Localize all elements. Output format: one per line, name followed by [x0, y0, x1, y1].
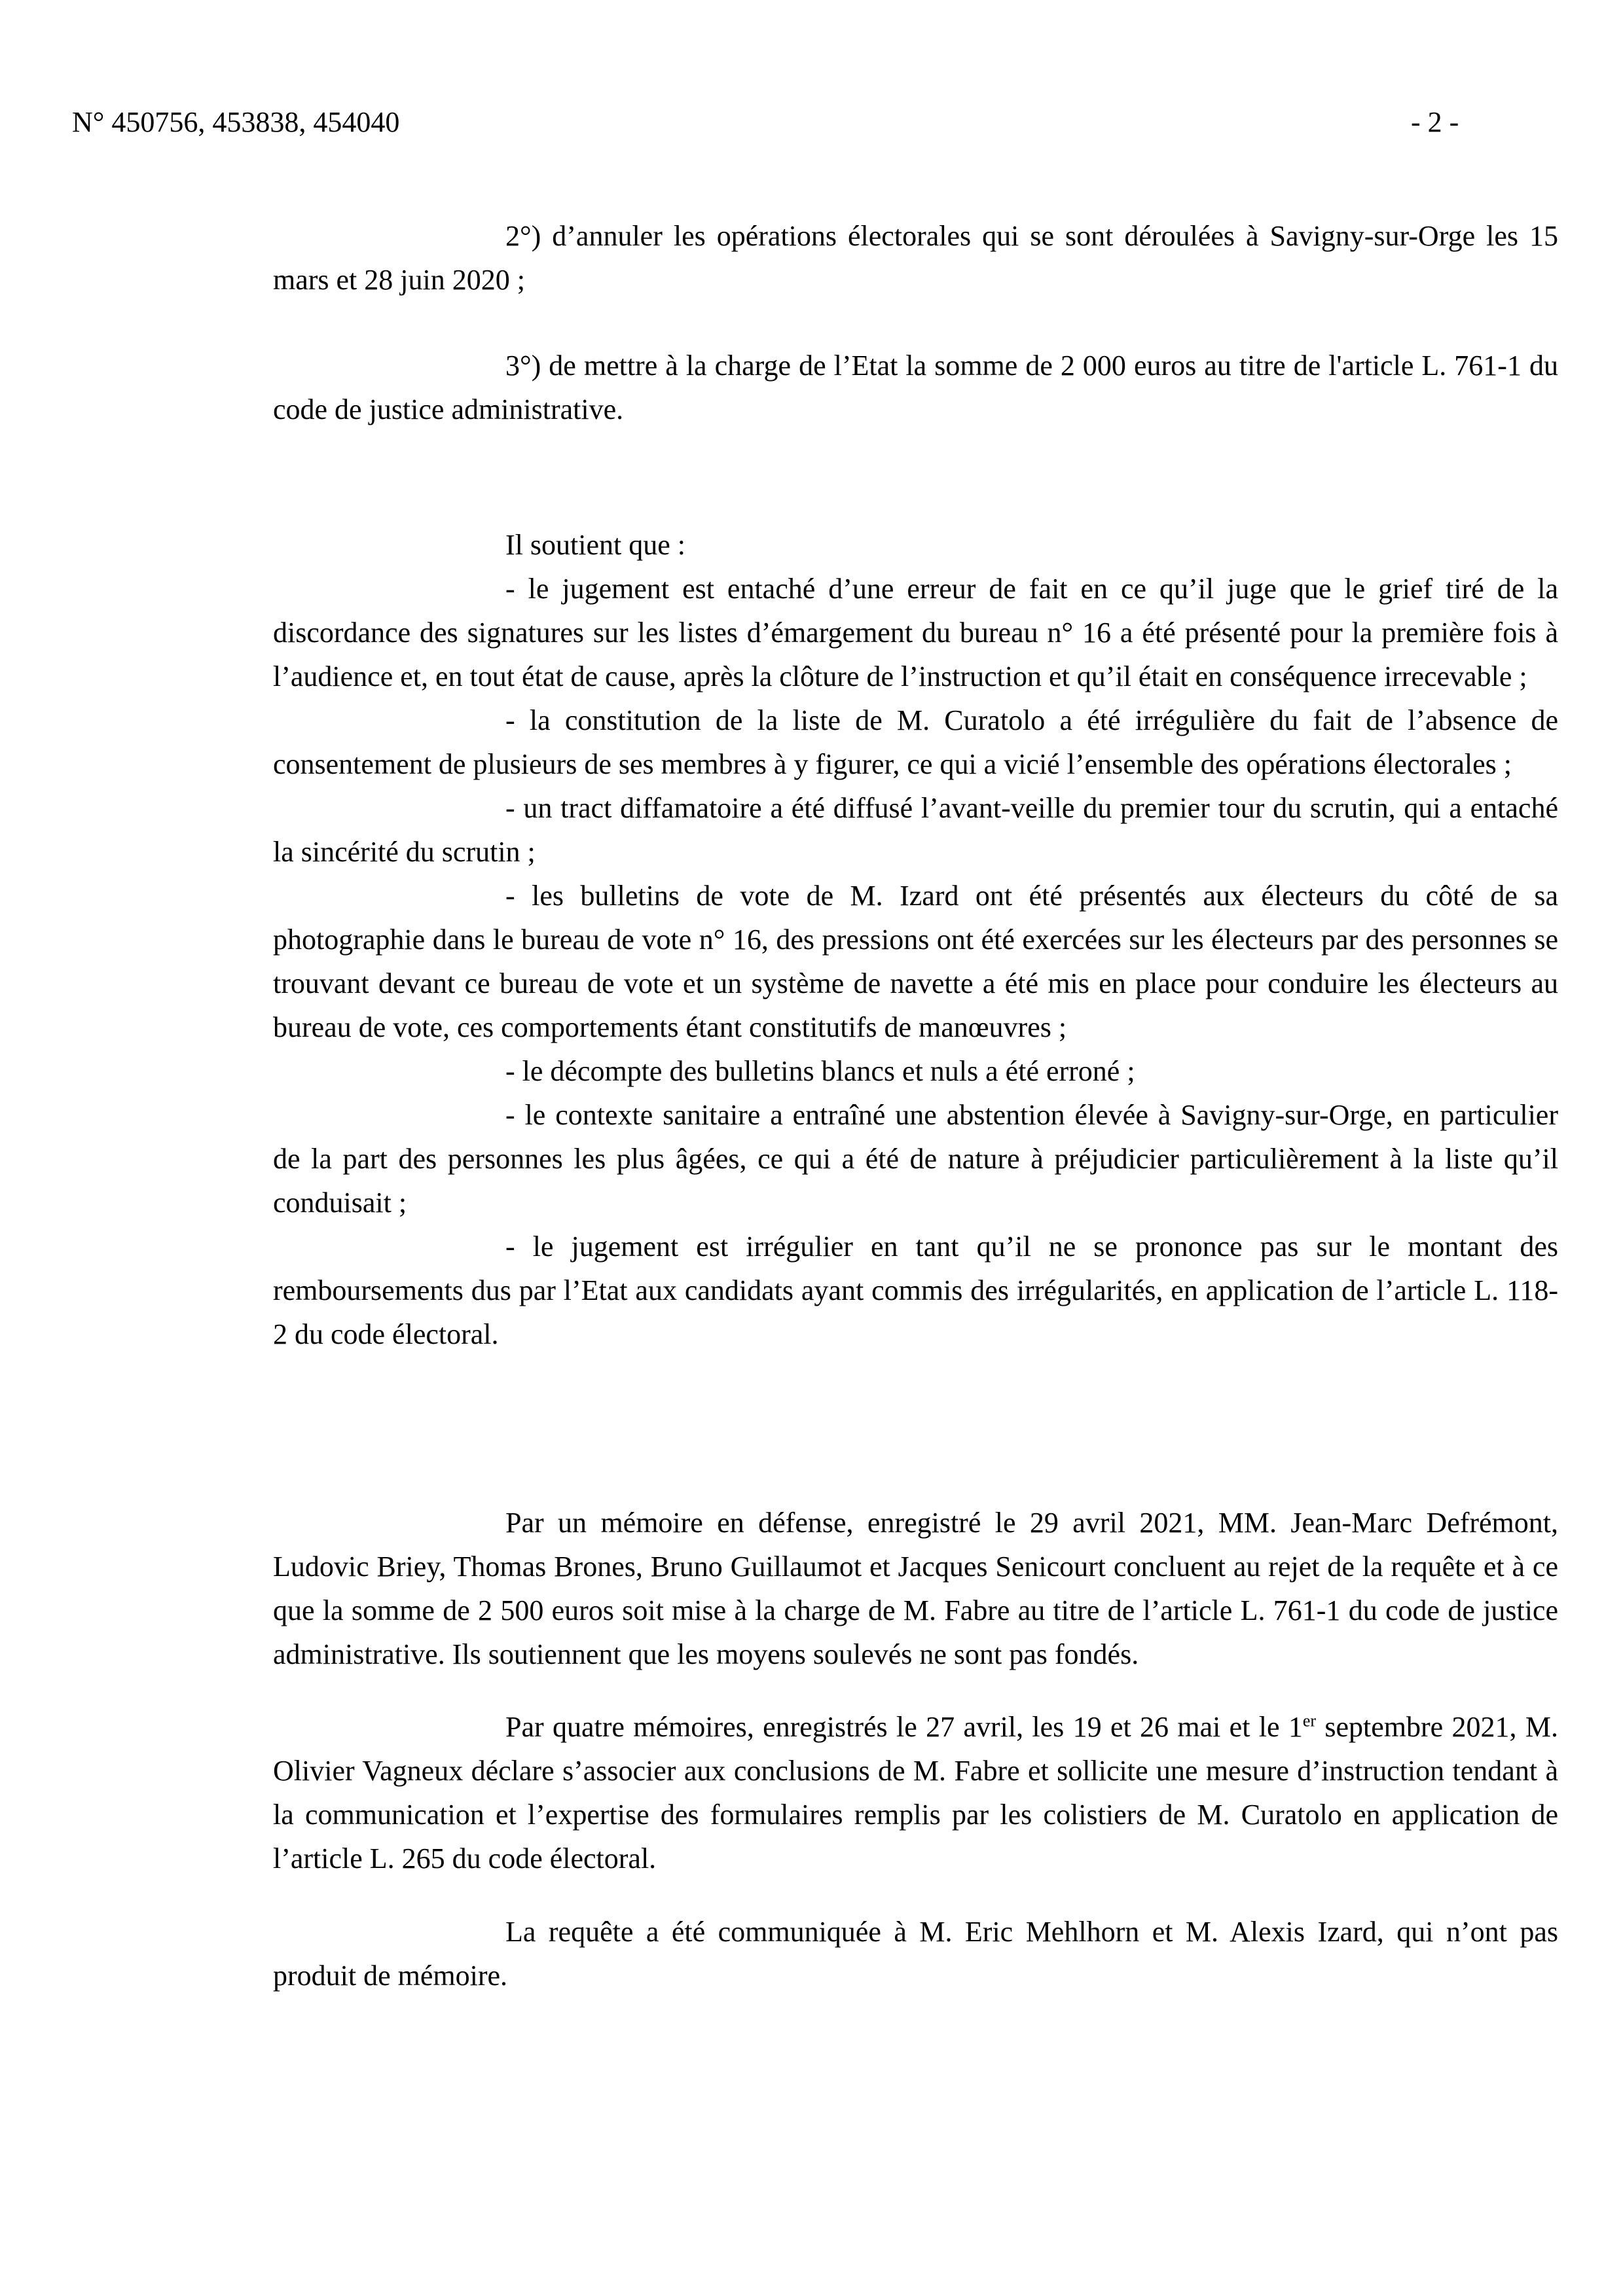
arguments-intro: Il soutient que :: [273, 523, 1558, 567]
argument-item: - un tract diffamatoire a été diffusé l’…: [273, 786, 1558, 874]
intervention-section: Par quatre mémoires, enregistrés le 27 a…: [273, 1705, 1558, 1880]
argument-item: - le jugement est irrégulier en tant qu’…: [273, 1225, 1558, 1356]
request-2: 2°) d’annuler les opérations électorales…: [273, 214, 1558, 302]
argument-item: - le jugement est entaché d’une erreur d…: [273, 567, 1558, 698]
defense-paragraph: Par un mémoire en défense, enregistré le…: [273, 1501, 1558, 1676]
argument-item: - les bulletins de vote de M. Izard ont …: [273, 874, 1558, 1049]
communication-section: La requête a été communiquée à M. Eric M…: [273, 1910, 1558, 1998]
argument-item: - le décompte des bulletins blancs et nu…: [273, 1049, 1558, 1093]
argument-item: - la constitution de la liste de M. Cura…: [273, 698, 1558, 786]
intervention-text-start: Par quatre mémoires, enregistrés le 27 a…: [505, 1711, 1303, 1743]
page-number: - 2 -: [1411, 99, 1459, 145]
communication-paragraph: La requête a été communiquée à M. Eric M…: [273, 1910, 1558, 1998]
page-header: N° 450756, 453838, 454040 - 2 -: [72, 99, 1551, 145]
request-3: 3°) de mettre à la charge de l’Etat la s…: [273, 344, 1558, 431]
case-number: N° 450756, 453838, 454040: [72, 99, 399, 145]
ordinal-superscript: er: [1303, 1711, 1316, 1730]
defense-section: Par un mémoire en défense, enregistré le…: [273, 1501, 1558, 1676]
argument-item: - le contexte sanitaire a entraîné une a…: [273, 1093, 1558, 1225]
arguments-section: Il soutient que : - le jugement est enta…: [273, 523, 1558, 1356]
request-2-text: 2°) d’annuler les opérations électorales…: [273, 214, 1558, 302]
request-3-text: 3°) de mettre à la charge de l’Etat la s…: [273, 344, 1558, 431]
intervention-paragraph: Par quatre mémoires, enregistrés le 27 a…: [273, 1705, 1558, 1880]
